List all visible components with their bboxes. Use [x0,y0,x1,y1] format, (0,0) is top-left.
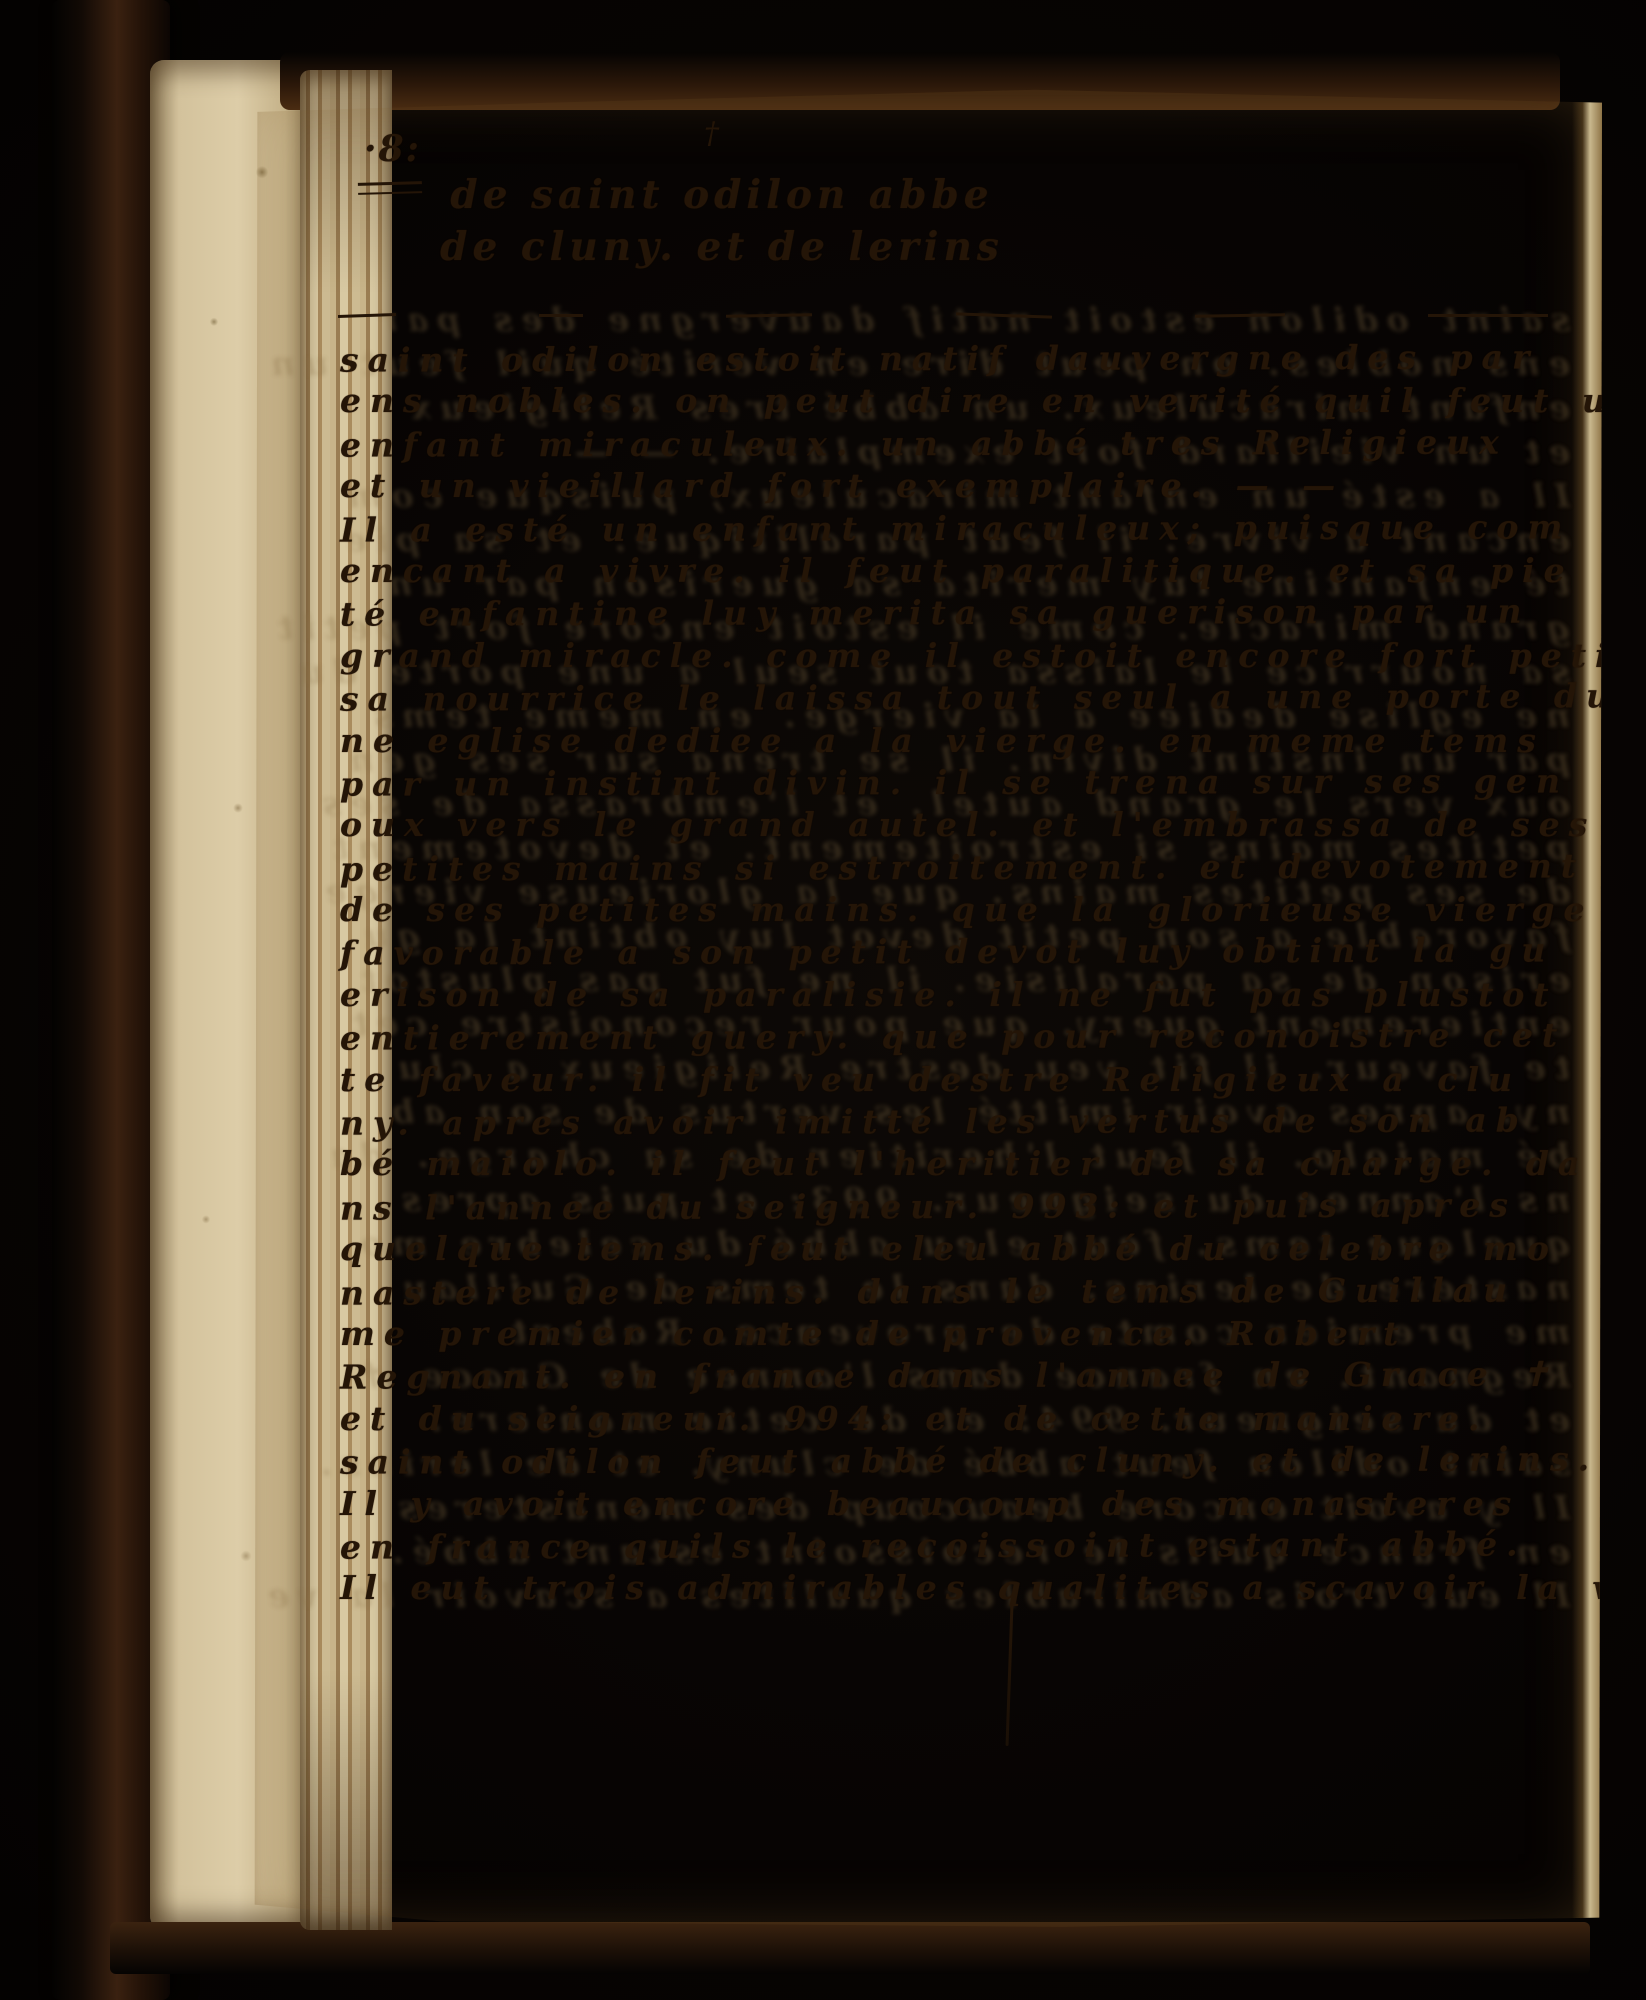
manuscript-line: en france quils le recoissoint estant ab… [340,1523,1570,1569]
manuscript-line: et un vieillard fort exemplaire. — — [340,465,1570,507]
manuscript-line: et du seigneur. 994: et de cette maniere… [340,1398,1570,1440]
chapter-title-line-1: de saint odilon abbe [402,172,1042,218]
manuscript-line: Il y avoit encore beaucoup des monastere… [340,1483,1570,1525]
manuscript-line: te faveur. il fit veu destre Religieux a… [340,1059,1570,1101]
manuscript-line: Il a esté un enfant miraculeux; puisque … [340,506,1570,552]
chapter-title-line-2: de cluny. et de lerins [402,224,1042,270]
descender-flourish [1006,1604,1014,1746]
manuscript-line: Il eut trois admirables qualites a scavo… [340,1567,1570,1609]
manuscript-line: me premier comte de provence. Robert [340,1313,1570,1355]
manuscript-line: entierement guery. que pour reconoistre … [340,1015,1570,1061]
manuscript-line: saint odilon estoit natif dauvergne des … [340,336,1570,382]
manuscript-line: quelque tems. feut eleu abbé du celebre … [340,1228,1570,1270]
manuscript-line: enfant miraculeux. un abbé tres Religieu… [340,421,1570,467]
page-number: ·8: [364,128,421,170]
cross-mark-icon: † [704,116,719,151]
book-photo: saint odilon estoit natif dauvergne des … [0,0,1646,2000]
manuscript-line: favorable a son petit devot luy obtint l… [340,930,1570,976]
manuscript-line: ny. apres avoir imitté les vertus de son… [340,1099,1570,1145]
manuscript-line: sa nourrice le laissa tout seul a une po… [340,676,1570,722]
manuscript-line: petites mains si estroitement. et devote… [340,845,1570,891]
manuscript-line: par un instint divin. il se trena sur se… [340,760,1570,806]
manuscript-line: ne eglise dediee a la vierge. en meme te… [340,720,1570,762]
manuscript-line: té enfantine luy merita sa guerison par … [340,591,1570,637]
body-text: saint odilon estoit natif dauvergne des … [340,338,1570,1610]
manuscript-line: erison de sa paralisie. il ne fut pas pl… [340,974,1570,1016]
manuscript-line: ns l'annee du seigneur. 993: et puis apr… [340,1184,1570,1230]
manuscript-line: encant a vivre. il feut paralitique. et … [340,550,1570,592]
title-dash-rule [338,314,1548,317]
manuscript-line: saint odilon feut abbé de cluny. et de l… [340,1439,1570,1485]
manuscript-line: ens nobles. on peut dire en verité quil … [340,380,1570,422]
manuscript-line: oux vers le grand autel. et l'embrassa d… [340,804,1570,846]
manuscript-line: de ses petites mains. que la glorieuse v… [340,889,1570,931]
manuscript-line: Regnant. en france dans l'annee de Grace… [340,1354,1570,1400]
manuscript-line: nastere de lerins. dans le tems de Guill… [340,1269,1570,1315]
manuscript-line: grand miracle. come il estoit encore for… [340,635,1570,677]
page-content: ·8: † de saint odilon abbe de cluny. et … [252,86,1602,1938]
manuscript-line: bé maiolo. il feut l'heritier de sa char… [340,1143,1570,1185]
manuscript-page: saint odilon estoit natif dauvergne des … [252,86,1602,1938]
